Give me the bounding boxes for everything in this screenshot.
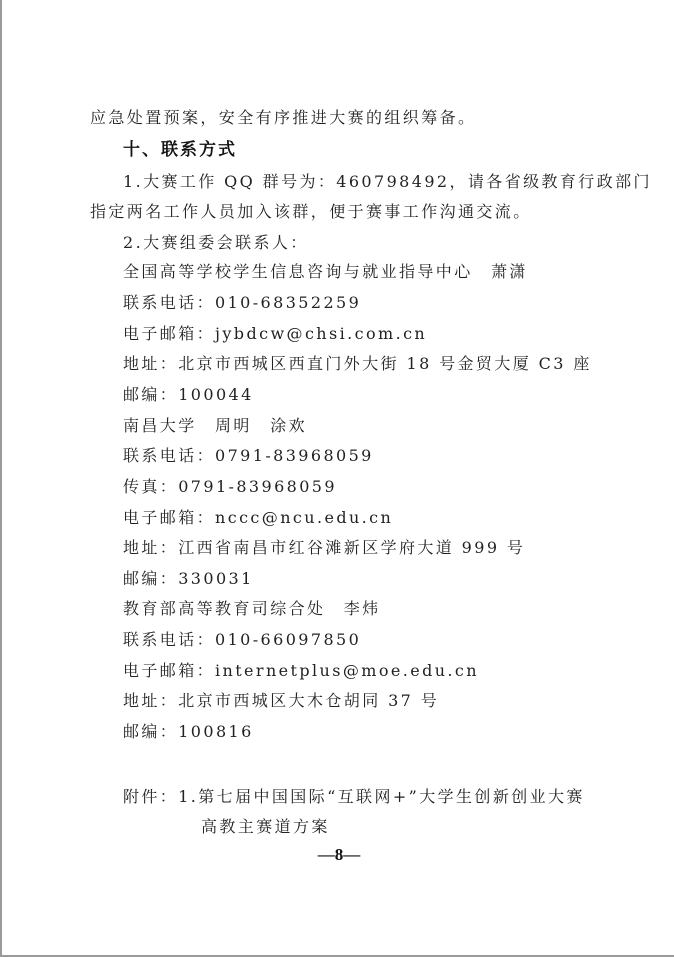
qq-group-item-continuation: 指定两名工作人员加入该群，便于赛事工作沟通交流。 xyxy=(90,202,532,222)
attachment-item: 附件：1.第七届中国国际“互联网+”大学生创新创业大赛 xyxy=(123,787,585,807)
contact-phone-moe: 联系电话：010-66097850 xyxy=(123,630,361,650)
qq-group-item: 1.大赛工作 QQ 群号为：460798492，请各省级教育行政部门 xyxy=(123,172,652,192)
attachment-item-continuation: 高教主赛道方案 xyxy=(201,817,330,837)
contact-postcode-chsi: 邮编：100044 xyxy=(123,385,254,405)
document-page: 应急处置预案，安全有序推进大赛的组织筹备。 十、联系方式 1.大赛工作 QQ 群… xyxy=(0,0,674,957)
contact-org-moe: 教育部高等教育司综合处 李炜 xyxy=(123,599,381,619)
contact-org-chsi: 全国高等学校学生信息咨询与就业指导中心 萧潇 xyxy=(123,262,528,282)
committee-contacts-label: 2.大赛组委会联系人： xyxy=(123,233,309,253)
contact-address-chsi: 地址：北京市西城区西直门外大街 18 号金贸大厦 C3 座 xyxy=(123,354,592,374)
section-heading-contact: 十、联系方式 xyxy=(123,140,237,160)
paragraph-continuation: 应急处置预案，安全有序推进大赛的组织筹备。 xyxy=(90,108,476,128)
contact-address-ncu: 地址：江西省南昌市红谷滩新区学府大道 999 号 xyxy=(123,538,525,558)
contact-email-moe: 电子邮箱：internetplus@moe.edu.cn xyxy=(123,661,479,681)
page-number: —8— xyxy=(2,845,674,865)
contact-address-moe: 地址：北京市西城区大木仓胡同 37 号 xyxy=(123,691,439,711)
contact-phone-chsi: 联系电话：010-68352259 xyxy=(123,293,361,313)
contact-org-ncu: 南昌大学 周明 涂欢 xyxy=(123,416,307,436)
contact-email-chsi: 电子邮箱：jybdcw@chsi.com.cn xyxy=(123,324,427,344)
contact-postcode-moe: 邮编：100816 xyxy=(123,722,254,742)
contact-phone-ncu: 联系电话：0791-83968059 xyxy=(123,446,374,466)
contact-fax-ncu: 传真：0791-83968059 xyxy=(123,477,337,497)
contact-postcode-ncu: 邮编：330031 xyxy=(123,569,254,589)
contact-email-ncu: 电子邮箱：nccc@ncu.edu.cn xyxy=(123,508,393,528)
